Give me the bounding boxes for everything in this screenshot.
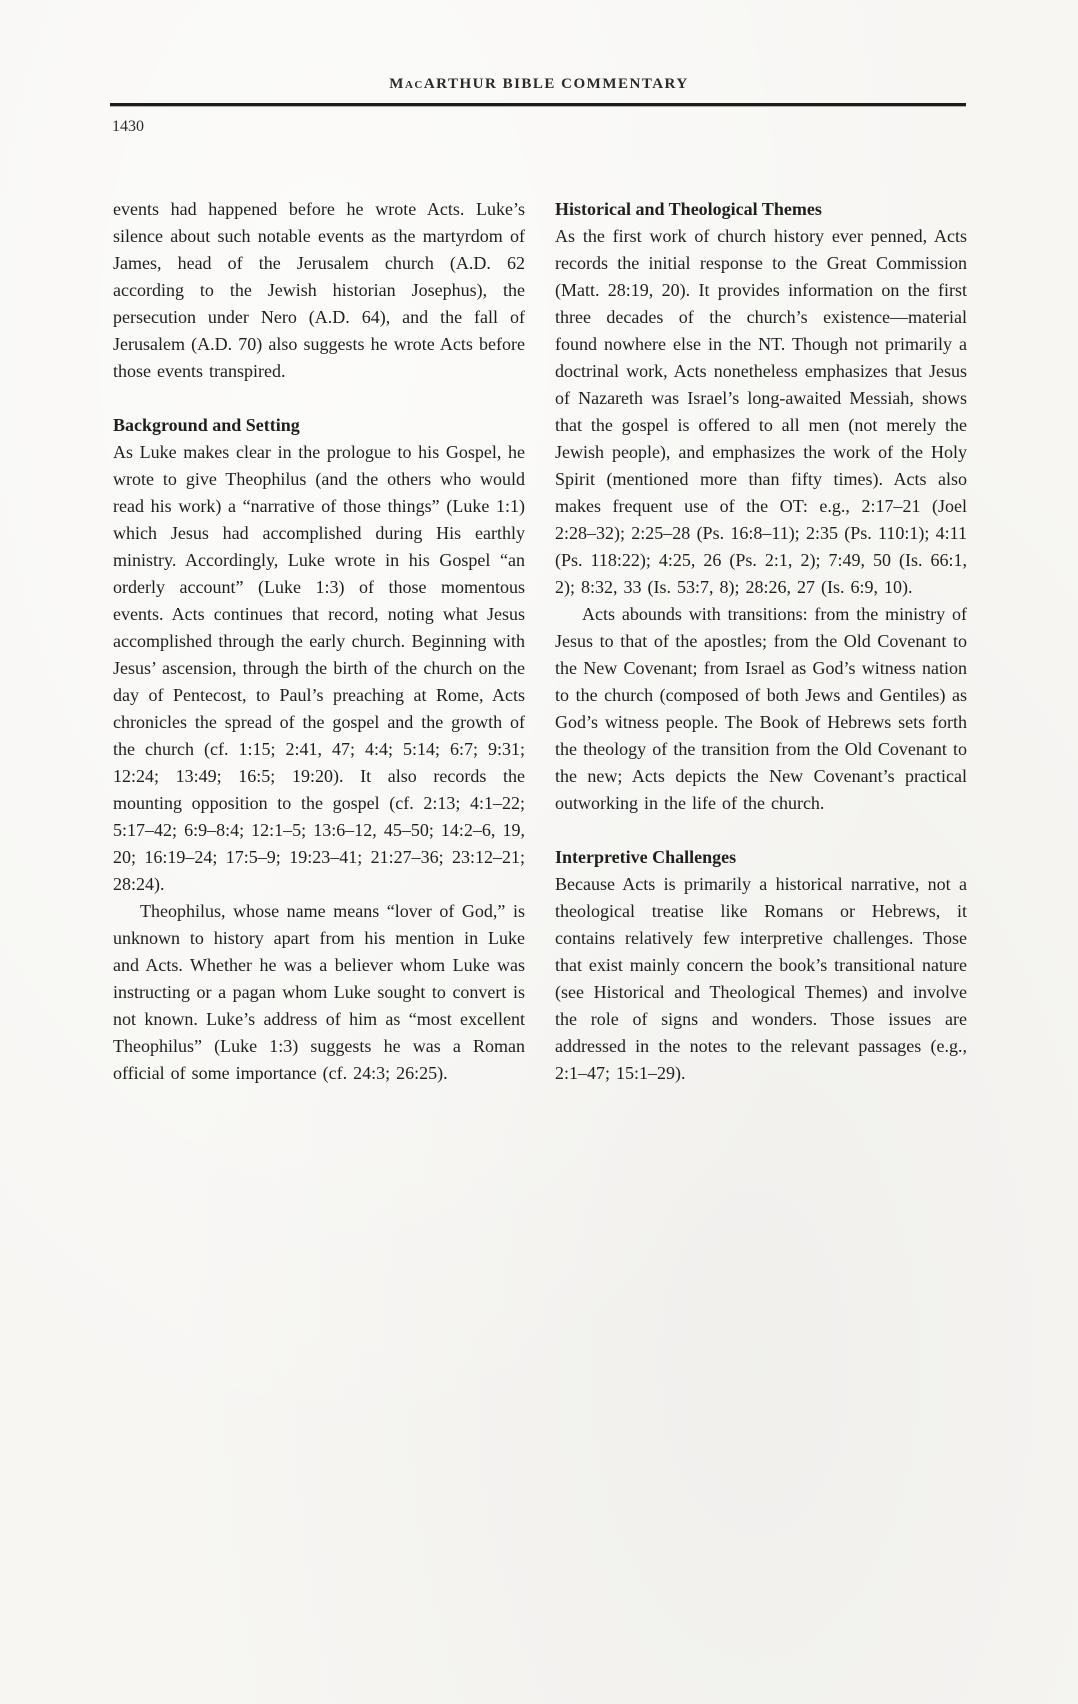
page-number: 1430 [112,118,144,136]
paragraph-transitions: Acts abounds with transitions: from the … [555,601,967,817]
running-header-title: MacARTHUR BIBLE COMMENTARY [0,76,1078,93]
paragraph-interpretive-challenges: Because Acts is primarily a historical n… [555,871,967,1087]
left-column: events had happened before he wrote Acts… [113,196,525,1087]
paragraph-background-and-setting: As Luke makes clear in the prologue to h… [113,439,525,898]
book-page: MacARTHUR BIBLE COMMENTARY 1430 events h… [0,0,1078,1704]
right-column: Historical and Theological Themes As the… [555,196,967,1087]
heading-historical-theological-themes: Historical and Theological Themes [555,196,967,223]
paragraph-historical-themes: As the first work of church history ever… [555,223,967,601]
paragraph-theophilus: Theophilus, whose name means “lover of G… [113,898,525,1087]
header-rule [110,103,966,107]
heading-background-and-setting: Background and Setting [113,412,525,439]
heading-interpretive-challenges: Interpretive Challenges [555,844,967,871]
two-column-body: events had happened before he wrote Acts… [113,196,966,1087]
paragraph-authorship-date-continued: events had happened before he wrote Acts… [113,196,525,385]
